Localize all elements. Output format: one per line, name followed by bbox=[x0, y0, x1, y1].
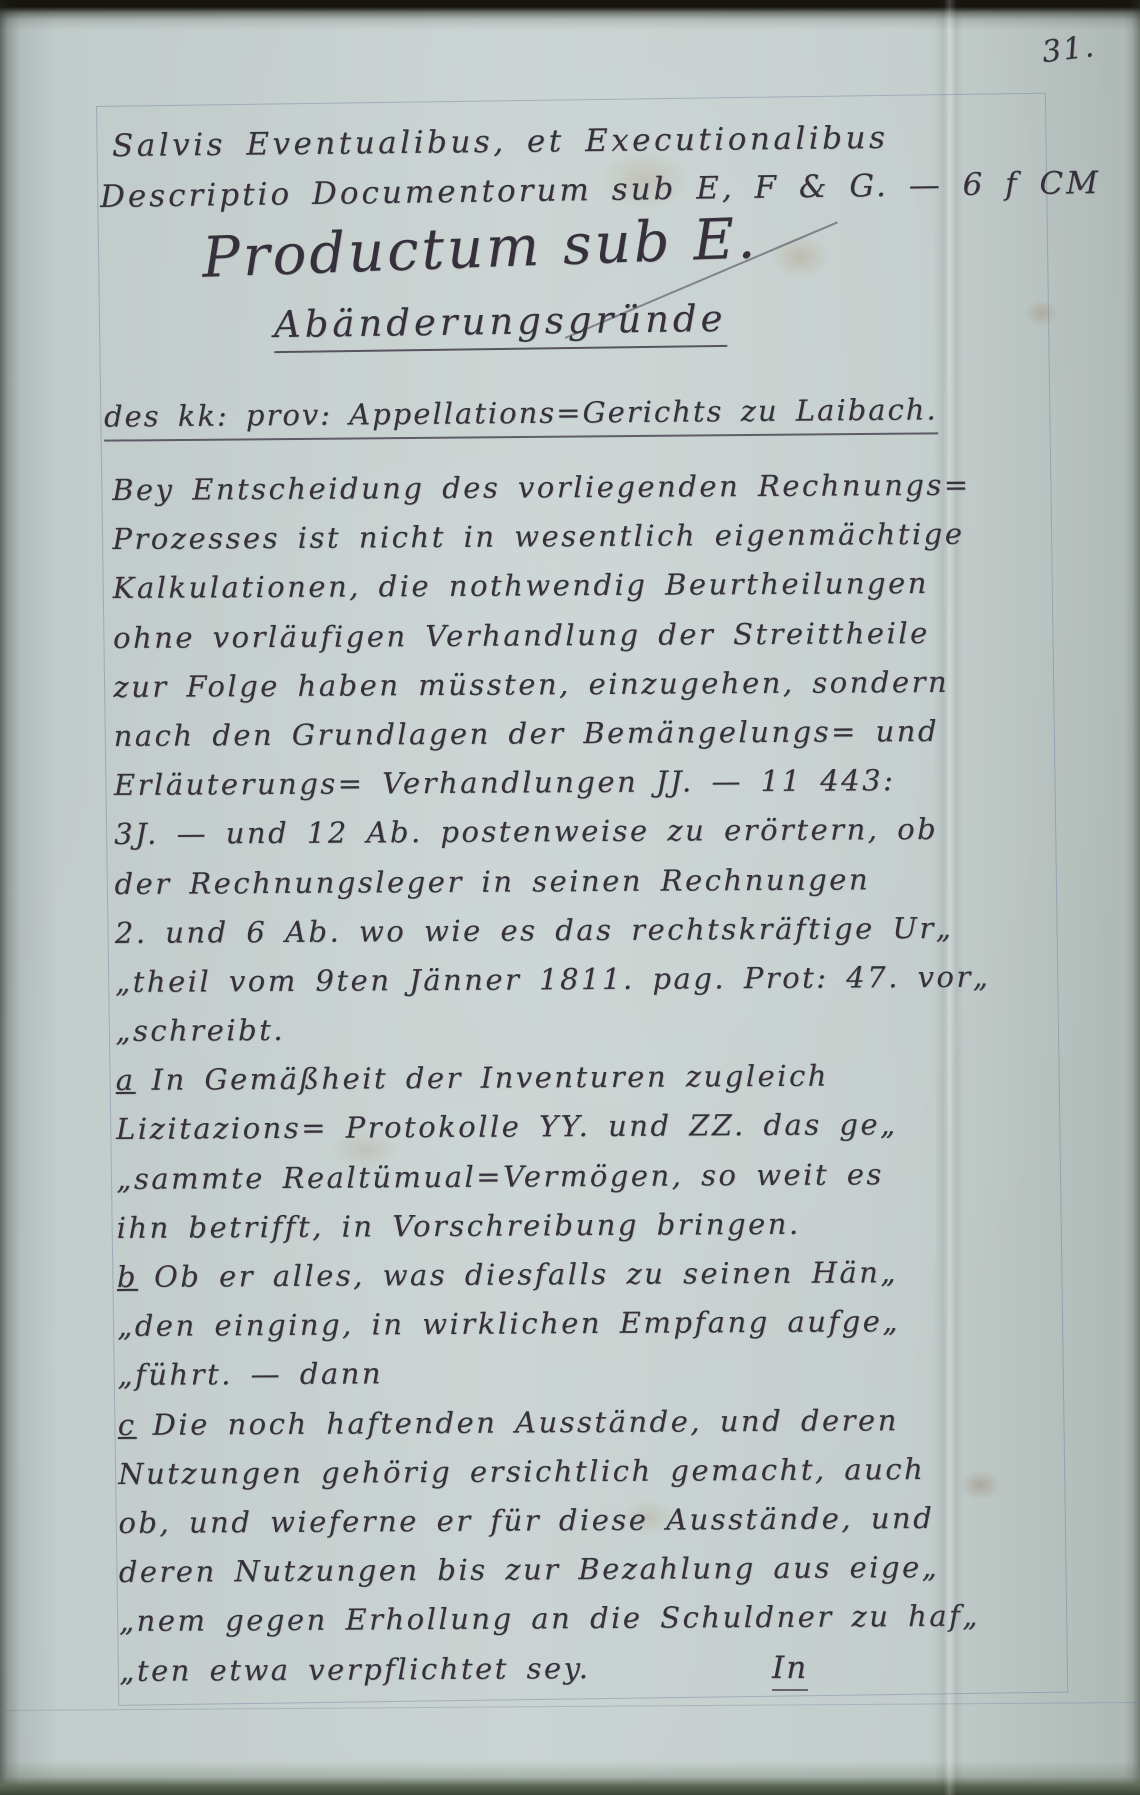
item-b-text: Ob er alles, was diesfalls zu seinen Hän… bbox=[154, 1255, 898, 1294]
manuscript-line: Bey Entscheidung des vorliegenden Rechnu… bbox=[112, 461, 972, 515]
manuscript-line: „sammte Realtümual=Vermögen, so weit es bbox=[116, 1149, 976, 1203]
page-edge-top bbox=[0, 0, 1140, 30]
item-marker-c: c bbox=[118, 1407, 137, 1441]
manuscript-line: 2. und 6 Ab. wo wie es das rechtskräftig… bbox=[115, 903, 975, 957]
manuscript-line: deren Nutzungen bis zur Bezahlung aus ei… bbox=[119, 1543, 979, 1597]
manuscript-line: „ten etwa verpflichtet sey. bbox=[119, 1641, 979, 1695]
manuscript-line: ob, und wieferne er für diese Ausstände,… bbox=[118, 1494, 978, 1548]
paper-stain bbox=[770, 235, 830, 279]
manuscript-line: Kalkulationen, die nothwendig Beurtheilu… bbox=[113, 559, 973, 613]
manuscript-line: Lizitazions= Protokolle YY. und ZZ. das … bbox=[116, 1100, 976, 1154]
item-c-text: Die noch haftenden Ausstände, und deren bbox=[153, 1403, 899, 1442]
manuscript-line: bOb er alles, was diesfalls zu seinen Hä… bbox=[117, 1248, 977, 1302]
manuscript-line: zur Folge haben müssten, einzugehen, son… bbox=[113, 657, 973, 711]
manuscript-line: Erläuterungs= Verhandlungen JJ. — 11 443… bbox=[114, 756, 974, 810]
manuscript-line: aIn Gemäßheit der Inventuren zugleich bbox=[116, 1051, 976, 1105]
manuscript-line: ihn betrifft, in Vorschreibung bringen. bbox=[117, 1199, 977, 1253]
body-text: Bey Entscheidung des vorliegenden Rechnu… bbox=[112, 461, 979, 1696]
manuscript-line: Prozesses ist nicht in wesentlich eigenm… bbox=[112, 510, 972, 564]
page-edge-right bbox=[1124, 0, 1140, 1795]
manuscript-line: „den einging, in wirklichen Empfang aufg… bbox=[117, 1297, 977, 1351]
manuscript-line: „führt. — dann bbox=[117, 1346, 977, 1400]
item-a-text: In Gemäßheit der Inventuren zugleich bbox=[151, 1059, 829, 1097]
item-marker-a: a bbox=[116, 1063, 136, 1097]
catchword: In bbox=[772, 1650, 808, 1691]
page-edge-left bbox=[0, 0, 20, 1795]
manuscript-line: nach den Grundlagen der Bemängelungs= un… bbox=[114, 707, 974, 761]
manuscript-line: ohne vorläufigen Verhandlung der Streitt… bbox=[113, 608, 973, 662]
manuscript-line: cDie noch haftenden Ausstände, und deren bbox=[118, 1395, 978, 1449]
manuscript-line: der Rechnungsleger in seinen Rechnungen bbox=[114, 854, 974, 908]
court-heading: des kk: prov: Appellations=Gerichts zu L… bbox=[104, 392, 938, 441]
paper-stain bbox=[1025, 300, 1059, 326]
manuscript-line: 3J. — und 12 Ab. postenweise zu erörtern… bbox=[114, 805, 974, 859]
manuscript-line: „nem gegen Erhollung an die Schuldner zu… bbox=[119, 1592, 979, 1646]
item-marker-b: b bbox=[117, 1260, 138, 1294]
section-heading: Abänderungsgründe bbox=[274, 297, 727, 353]
page-number: 31. bbox=[1040, 29, 1098, 70]
manuscript-line: „schreibt. bbox=[115, 1002, 975, 1056]
page-edge-bottom bbox=[0, 1761, 1140, 1795]
manuscript-line: „theil vom 9ten Jänner 1811. pag. Prot: … bbox=[115, 953, 975, 1007]
manuscript-line: Nutzungen gehörig ersichtlich gemacht, a… bbox=[118, 1444, 978, 1498]
manuscript-page: 31. Salvis Eventualibus, et Executionali… bbox=[0, 0, 1140, 1795]
